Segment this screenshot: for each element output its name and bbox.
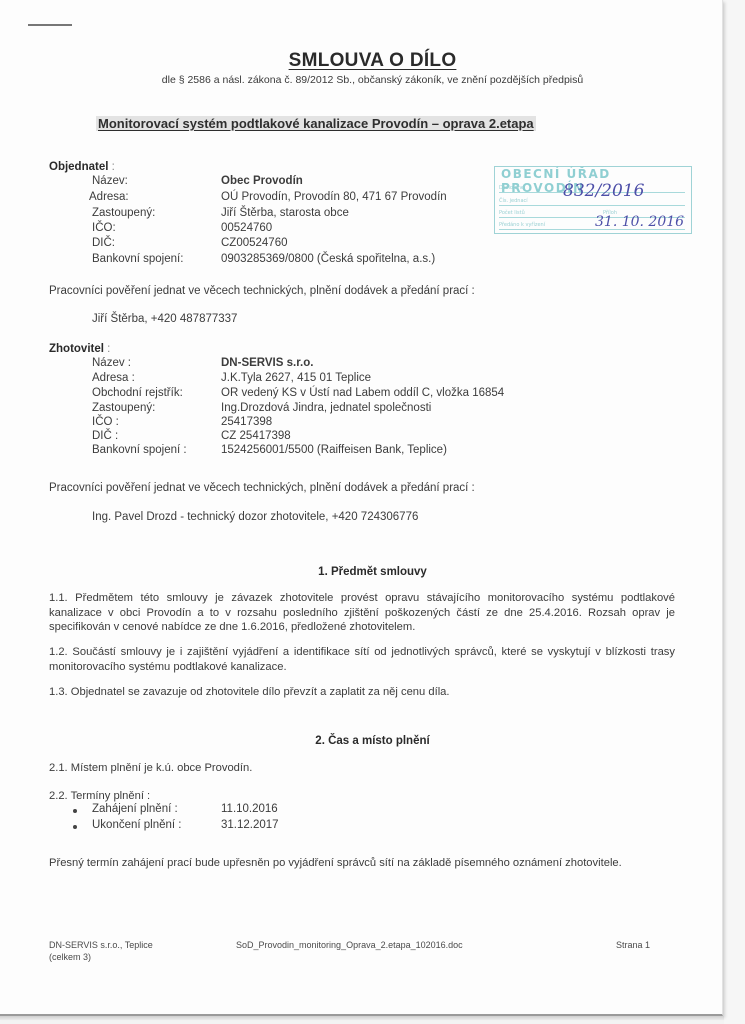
- registry-stamp: OBECNÍ ÚŘAD PROVODÍN Došlo dne Čís. jedn…: [494, 166, 692, 234]
- page-edge: [0, 1016, 724, 1020]
- project-title: Monitorovací systém podtlakové kanalizac…: [96, 116, 536, 131]
- bullet-icon: [73, 809, 77, 813]
- stamp-handwritten-date: 31. 10. 2016: [595, 214, 684, 230]
- zhotovitel-contact: Ing. Pavel Drozd - technický dozor zhoto…: [92, 511, 418, 523]
- section2-paragraph-2-intro: 2.2. Termíny plnění :: [49, 789, 675, 804]
- objednatel-value-ico: 00524760: [221, 222, 272, 234]
- zhotovitel-label-nazev: Název :: [92, 357, 131, 369]
- zhotovitel-label-rejstrik: Obchodní rejstřík:: [92, 387, 183, 399]
- document-subtitle: dle § 2586 a násl. zákona č. 89/2012 Sb.…: [0, 74, 745, 86]
- objednatel-value-adresa: OÚ Provodín, Provodín 80, 471 67 Provodí…: [221, 191, 447, 203]
- objednatel-label-adresa: Adresa:: [89, 191, 129, 203]
- stamp-label-handover: Předáno k vyřízení: [499, 222, 545, 228]
- section1-heading: 1. Předmět smlouvy: [0, 566, 745, 578]
- section2-paragraph-1: 2.1. Místem plnění je k.ú. obce Provodín…: [49, 761, 675, 776]
- term-end-value: 31.12.2017: [221, 819, 279, 831]
- term-start-value: 11.10.2016: [221, 803, 278, 815]
- objednatel-label-ico: IČO:: [92, 222, 116, 234]
- zhotovitel-label-ico: IČO :: [92, 416, 119, 428]
- objednatel-value-bank: 0903285369/0800 (Česká spořitelna, a.s.): [221, 253, 435, 265]
- zhotovitel-value-nazev: DN-SERVIS s.r.o.: [221, 357, 313, 369]
- scan-mark: [28, 24, 72, 26]
- stamp-rule: [499, 205, 685, 206]
- zhotovitel-value-bank: 1524256001/5500 (Raiffeisen Bank, Teplic…: [221, 444, 447, 456]
- zhotovitel-label-zastoupeny: Zastoupený:: [92, 402, 155, 414]
- zhotovitel-value-zastoupeny: Ing.Drozdová Jindra, jednatel společnost…: [221, 402, 431, 414]
- objednatel-label-dic: DIČ:: [92, 237, 115, 249]
- stamp-label-received: Došlo dne: [499, 185, 524, 191]
- objednatel-label-bank: Bankovní spojení:: [92, 253, 183, 265]
- document-page: SMLOUVA O DÍLO dle § 2586 a násl. zákona…: [0, 0, 723, 1016]
- section1-paragraph-1: 1.1. Předmětem této smlouvy je závazek z…: [49, 591, 675, 635]
- stamp-label-ref: Čís. jednací: [499, 198, 528, 204]
- stamp-handwritten-ref: 832/2016: [563, 181, 644, 201]
- zhotovitel-value-ico: 25417398: [221, 416, 272, 428]
- bullet-icon: [73, 825, 77, 829]
- footer-filename: SoD_Provodin_monitoring_Oprava_2.etapa_1…: [236, 940, 463, 950]
- objednatel-value-nazev: Obec Provodín: [221, 175, 303, 187]
- section2-heading: 2. Čas a místo plnění: [0, 735, 745, 747]
- objednatel-contacts-intro: Pracovníci pověření jednat ve věcech tec…: [49, 285, 475, 297]
- zhotovitel-contacts-intro: Pracovníci pověření jednat ve věcech tec…: [49, 482, 475, 494]
- objednatel-value-dic: CZ00524760: [221, 237, 288, 249]
- section1-paragraph-2: 1.2. Součástí smlouvy je i zajištění vyj…: [49, 645, 675, 674]
- zhotovitel-value-adresa: J.K.Tyla 2627, 415 01 Teplice: [221, 372, 371, 384]
- stamp-label-sheets: Počet listů: [499, 210, 525, 216]
- objednatel-label-zastoupeny: Zastoupený:: [92, 207, 155, 219]
- term-start-label: Zahájení plnění :: [92, 803, 178, 815]
- objednatel-label-nazev: Název:: [92, 175, 128, 187]
- objednatel-heading: Objednatel :: [49, 161, 115, 173]
- zhotovitel-label-bank: Bankovní spojení :: [92, 444, 187, 456]
- objednatel-value-zastoupeny: Jiří Štěrba, starosta obce: [221, 207, 349, 219]
- objednatel-contact: Jiří Štěrba, +420 487877337: [92, 313, 237, 325]
- footer-company: DN-SERVIS s.r.o., Teplice: [49, 940, 153, 950]
- zhotovitel-label-adresa: Adresa :: [92, 372, 135, 384]
- zhotovitel-label-dic: DIČ :: [92, 430, 118, 442]
- document-title: SMLOUVA O DÍLO: [0, 50, 745, 72]
- section1-paragraph-3: 1.3. Objednatel se zavazuje od zhotovite…: [49, 685, 675, 700]
- zhotovitel-value-dic: CZ 25417398: [221, 430, 291, 442]
- zhotovitel-value-rejstrik: OR vedený KS v Ústí nad Labem oddíl C, v…: [221, 387, 504, 399]
- footer-total-pages: (celkem 3): [49, 952, 91, 962]
- footer-page-number: Strana 1: [616, 940, 650, 950]
- section2-paragraph-3: Přesný termín zahájení prací bude upřesn…: [49, 856, 675, 871]
- scan-background: [724, 0, 745, 1024]
- term-end-label: Ukončení plnění :: [92, 819, 182, 831]
- zhotovitel-heading: Zhotovitel :: [49, 343, 110, 355]
